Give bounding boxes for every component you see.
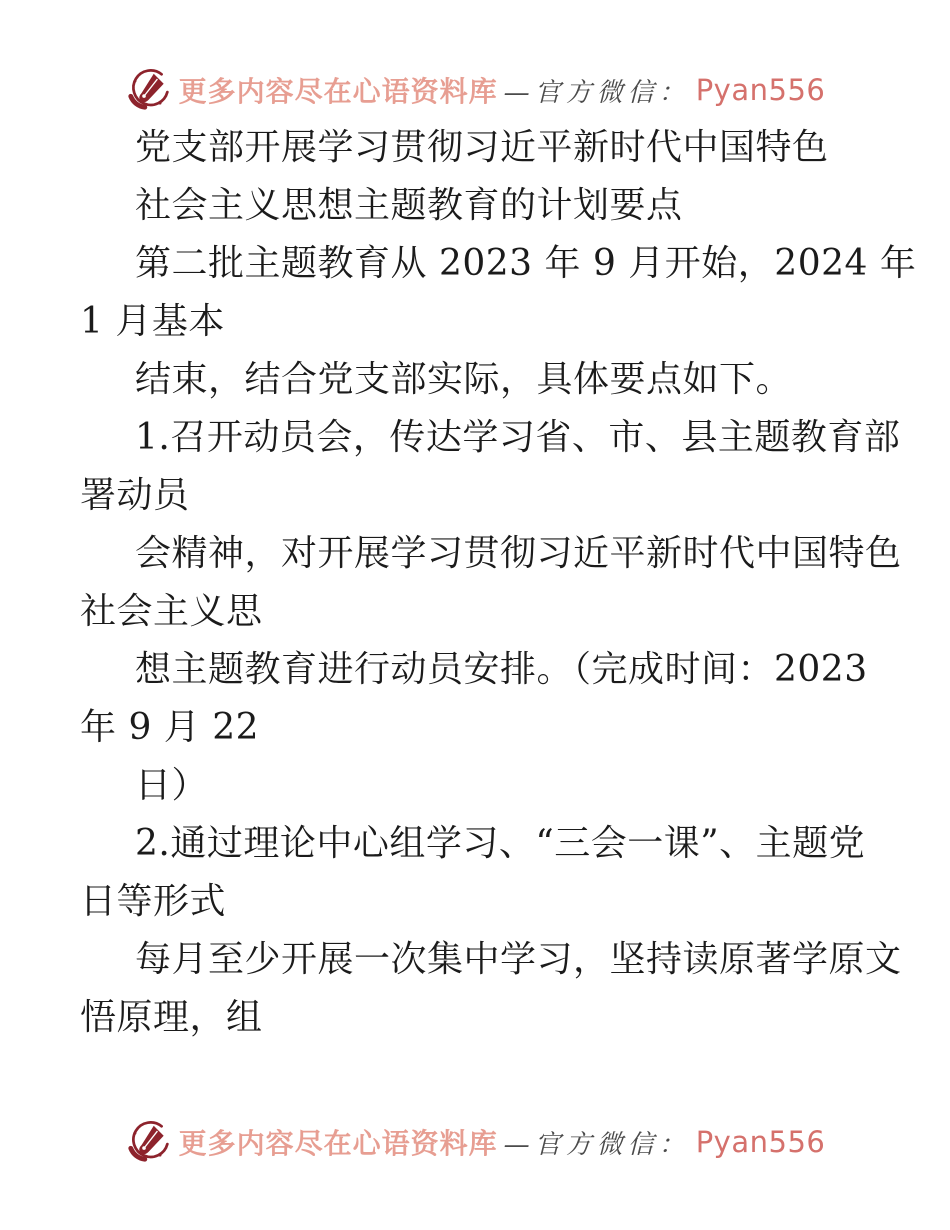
footer-watermark: 更多内容尽在心语资料库 —官方微信： Pyan556 <box>0 1118 950 1166</box>
wechat-id: Pyan556 <box>696 73 826 107</box>
document-line: 日等形式 <box>80 873 880 931</box>
wechat-label: —官方微信： <box>504 72 690 109</box>
header-watermark: 更多内容尽在心语资料库 —官方微信： Pyan556 <box>0 66 950 114</box>
document-line: 1 月基本 <box>80 293 880 351</box>
pen-logo-icon <box>125 67 171 113</box>
document-line: 社会主义思想主题教育的计划要点 <box>80 177 880 235</box>
document-line: 党支部开展学习贯彻习近平新时代中国特色 <box>80 119 880 177</box>
brand-text: 更多内容尽在心语资料库 <box>179 70 498 110</box>
document-line: 每月至少开展一次集中学习，坚持读原著学原文 <box>80 931 880 989</box>
document-line: 想主题教育进行动员安排。（完成时间：2023 <box>80 641 880 699</box>
pen-logo-icon <box>125 1119 171 1165</box>
document-line: 日） <box>80 757 880 815</box>
document-page: { "watermark": { "brand_text": "更多内容尽在心语… <box>0 0 950 1230</box>
document-line: 社会主义思 <box>80 583 880 641</box>
document-line: 悟原理，组 <box>80 989 880 1047</box>
document-line: 2.通过理论中心组学习、“三会一课”、主题党 <box>80 815 880 873</box>
document-line: 署动员 <box>80 467 880 525</box>
document-body: 党支部开展学习贯彻习近平新时代中国特色社会主义思想主题教育的计划要点第二批主题教… <box>80 119 880 1047</box>
document-line: 第二批主题教育从 2023 年 9 月开始，2024 年 <box>80 235 880 293</box>
document-line: 年 9 月 22 <box>80 699 880 757</box>
wechat-label: —官方微信： <box>504 1124 690 1161</box>
document-line: 1.召开动员会，传达学习省、市、县主题教育部 <box>80 409 880 467</box>
brand-text: 更多内容尽在心语资料库 <box>179 1122 498 1162</box>
document-line: 结束，结合党支部实际，具体要点如下。 <box>80 351 880 409</box>
wechat-id: Pyan556 <box>696 1125 826 1159</box>
document-line: 会精神，对开展学习贯彻习近平新时代中国特色 <box>80 525 880 583</box>
